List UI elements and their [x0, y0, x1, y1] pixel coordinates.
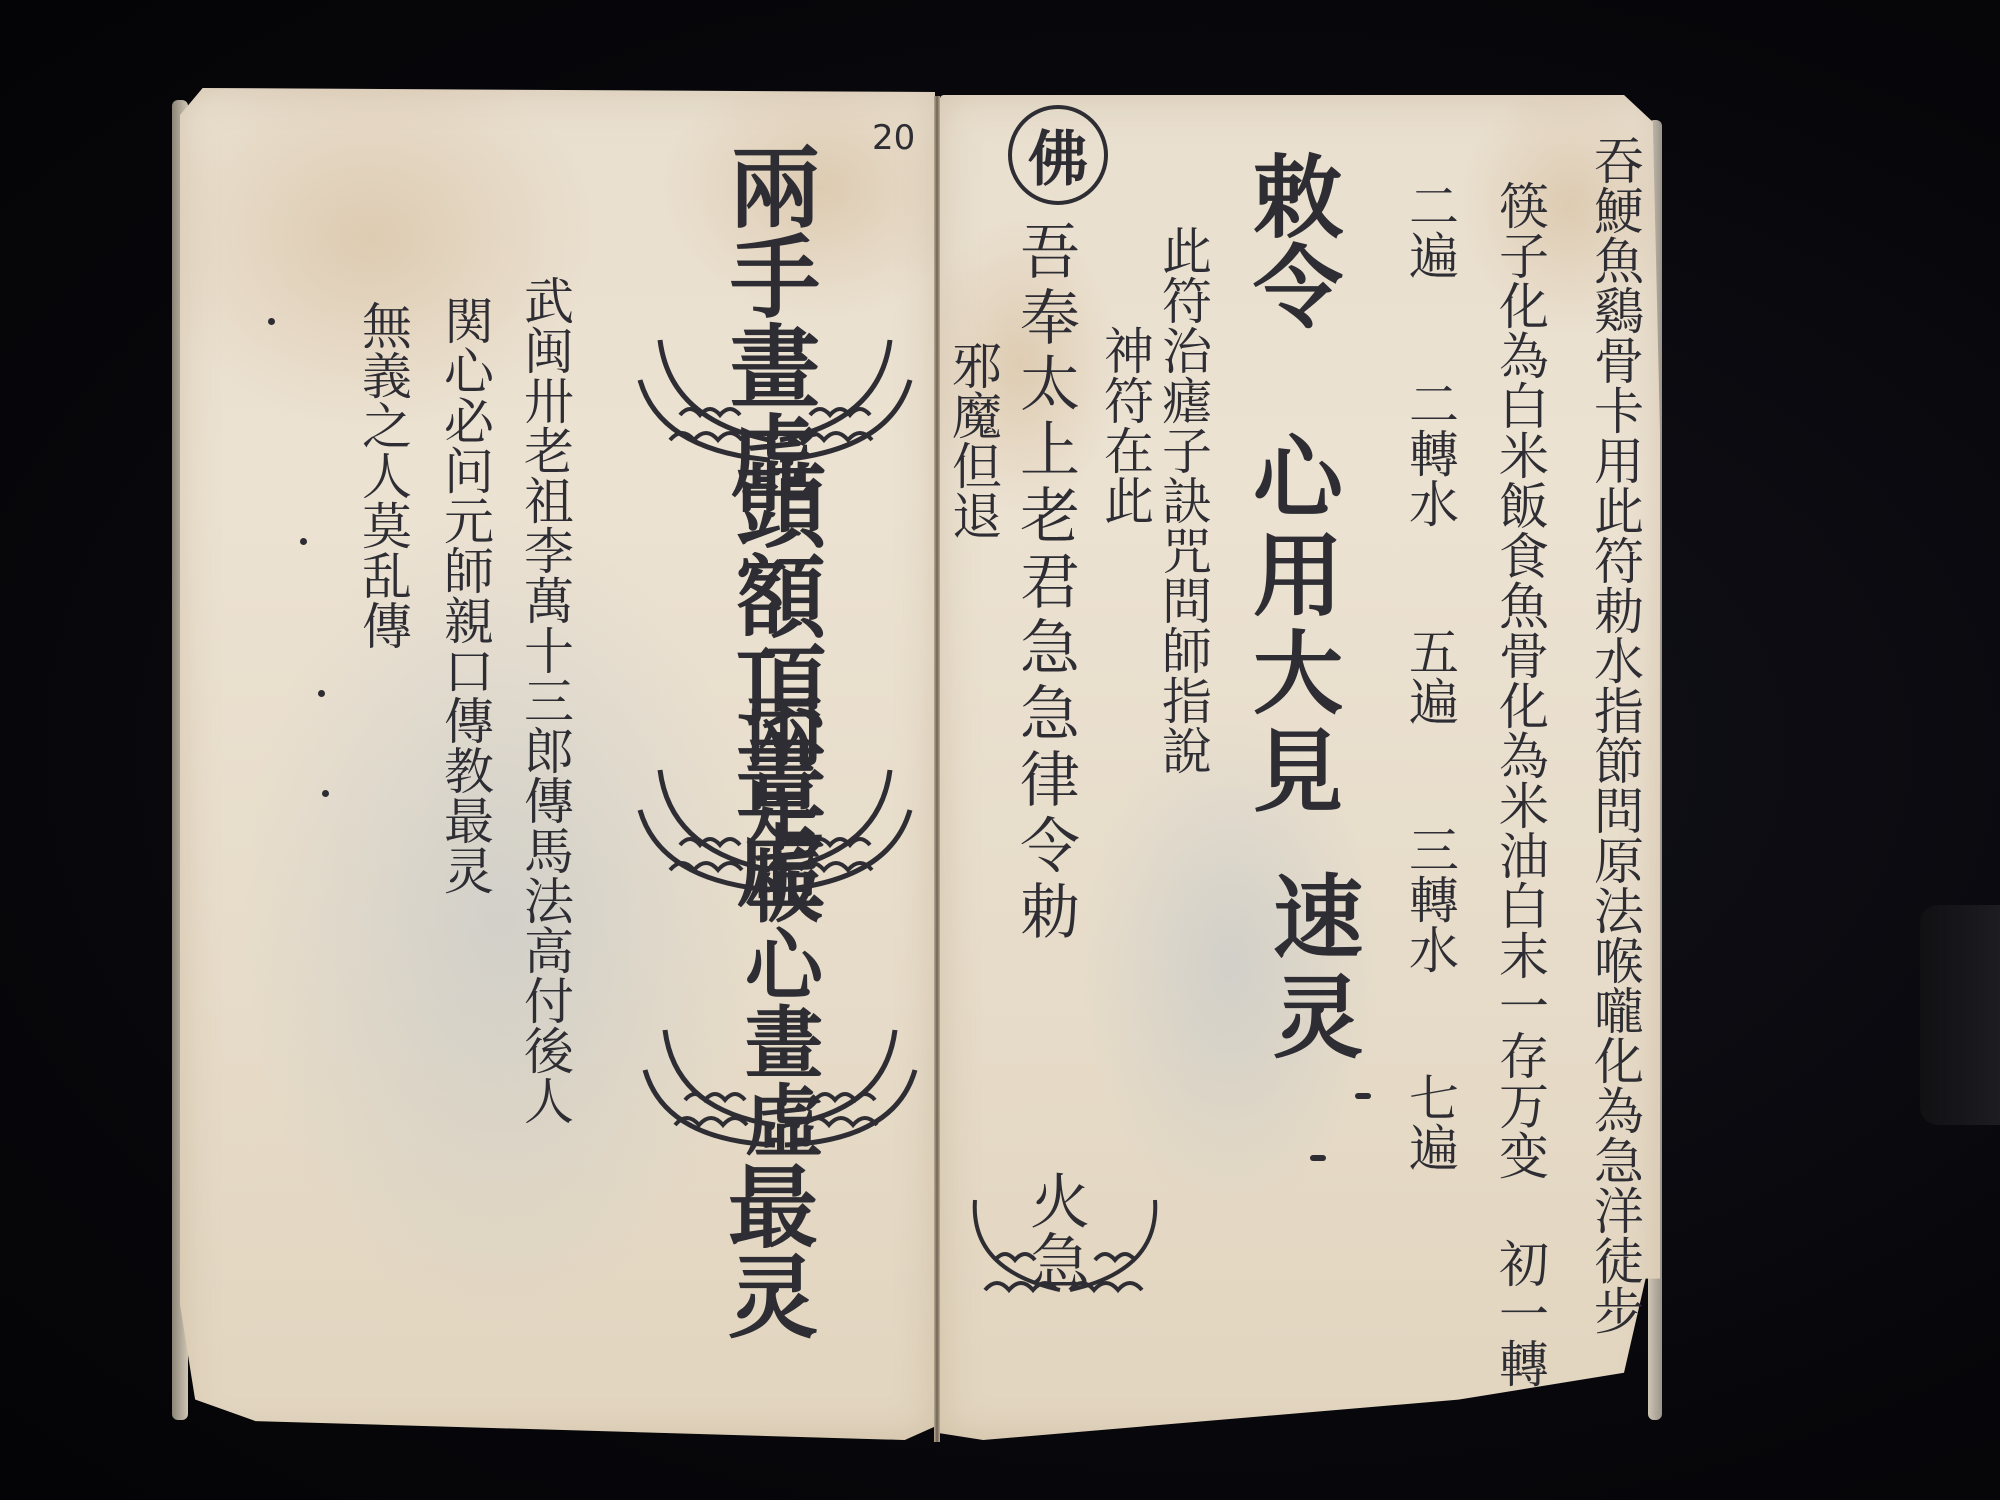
ink-mark	[1310, 1155, 1326, 1161]
malaria-note: 此符治瘧子訣咒問師指說	[1158, 225, 1208, 775]
warning-note: 無義之人莫乱傳	[358, 300, 408, 650]
talisman-header: 敕令	[1245, 150, 1335, 330]
open-book: 20 兩手畫虛 頭額頂畫虛 兩足板心畫虛 最灵 武闽卅老祖李萬十三郎傳馬法高付後…	[0, 0, 2000, 1500]
cloud-flourish-icon	[645, 1030, 915, 1150]
binding-hole	[300, 538, 307, 545]
buddha-seal: 佛	[1008, 105, 1108, 205]
instruction-line-2: 筷子化為白米飯食魚骨化為米油白末一存万变 初一轉	[1495, 180, 1545, 1388]
brown-stain	[660, 58, 980, 318]
binding-hole	[268, 318, 275, 325]
transmission-note: 関心必问元師親口傳教最灵	[440, 295, 490, 895]
talisman-present-note: 神符在此	[1100, 325, 1150, 525]
binding-hole	[318, 690, 325, 697]
lineage-note: 武闽卅老祖李萬十三郎傳馬法高付後人	[520, 275, 570, 1125]
water-stain	[240, 508, 760, 1328]
cloud-flourish-icon	[640, 340, 910, 470]
background-object	[1920, 905, 2000, 1125]
instruction-line-1: 吞鯁魚鷄骨卡用此符勅水指節問原法喉嚨化為急洋徒步	[1590, 135, 1640, 1335]
book-spine	[934, 96, 940, 1442]
instruction-line-3: 二遍 二轉水 五遍 三轉水 七遍	[1405, 180, 1455, 1172]
binding-hole	[322, 790, 329, 797]
talisman-body: 心用大見	[1245, 430, 1335, 822]
talisman-closing-text: 最灵	[720, 1160, 810, 1340]
evil-retreat-note: 邪魔但退	[948, 340, 998, 540]
incantation-line: 吾奉太上老君急急律令勅	[1015, 220, 1075, 946]
ink-mark	[1355, 1093, 1371, 1099]
cloud-flourish-icon	[960, 1200, 1170, 1310]
page-number: 20	[872, 118, 915, 158]
talisman-closing: 速灵	[1265, 870, 1355, 1070]
